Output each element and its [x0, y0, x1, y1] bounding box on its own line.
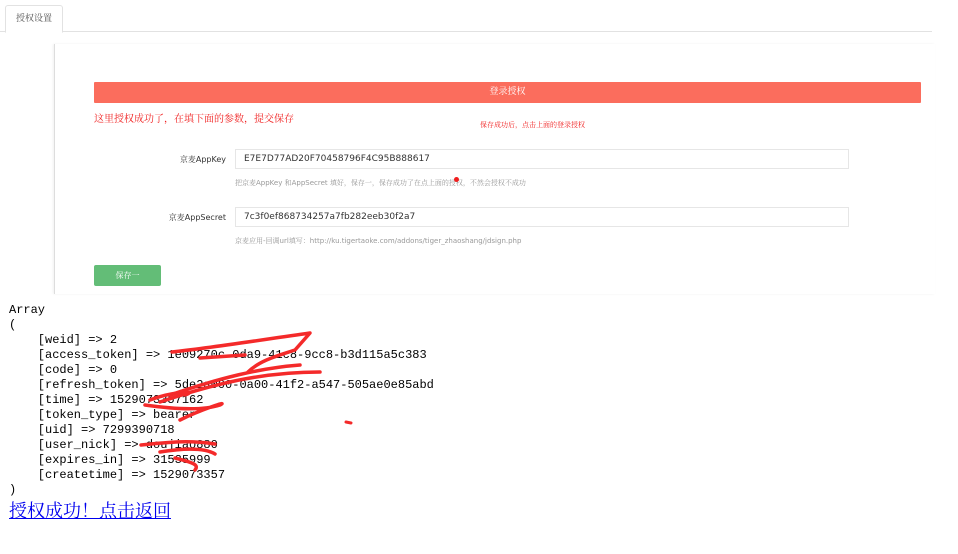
auth-success-notice: 这里授权成功了，在填下面的参数，提交保存 — [94, 110, 294, 125]
dump-close: ) — [9, 483, 16, 497]
dump-line: [access_token] => 1e09270c-0da9-41c8-9cc… — [9, 348, 427, 362]
save-button[interactable]: 保存一 — [94, 265, 161, 286]
appkey-label: 京麦AppKey — [150, 154, 226, 165]
tab-auth-settings[interactable]: 授权设置 — [5, 5, 63, 33]
dump-line: [refresh_token] => 5de2a000-0a00-41f2-a5… — [9, 378, 434, 392]
annotation-dot — [454, 177, 459, 182]
callback-url-help-text: 京麦应用-回调url填写：http://ku.tigertaoke.com/ad… — [235, 236, 521, 246]
tab-bar: 授权设置 — [0, 0, 932, 32]
dump-header: Array — [9, 303, 45, 317]
dump-line: [createtime] => 1529073357 — [9, 468, 225, 482]
appsecret-input[interactable] — [235, 207, 849, 227]
save-then-auth-notice: 保存成功后，点击上面的登录授权 — [480, 120, 585, 130]
dump-line: [time] => 1529073357162 — [9, 393, 203, 407]
dump-line: [expires_in] => 31535999 — [9, 453, 211, 467]
appkey-help-text: 把京麦AppKey 和AppSecret 填好，保存一，保存成功了在点上面的授权… — [235, 178, 526, 188]
appkey-input[interactable] — [235, 149, 849, 169]
auth-success-back-link[interactable]: 授权成功！点击返回 — [9, 497, 171, 523]
dump-line: [weid] => 2 — [9, 333, 117, 347]
dump-line: [code] => 0 — [9, 363, 117, 377]
dump-open: ( — [9, 318, 16, 332]
array-dump: Array ( [weid] => 2 [access_token] => 1e… — [9, 303, 434, 498]
login-auth-button[interactable]: 登录授权 — [94, 82, 921, 103]
dump-line: [token_type] => bearer — [9, 408, 196, 422]
appsecret-label: 京麦AppSecret — [150, 212, 226, 223]
dump-line: [user_nick] => doujiao880 — [9, 438, 218, 452]
dump-line: [uid] => 7299390718 — [9, 423, 175, 437]
